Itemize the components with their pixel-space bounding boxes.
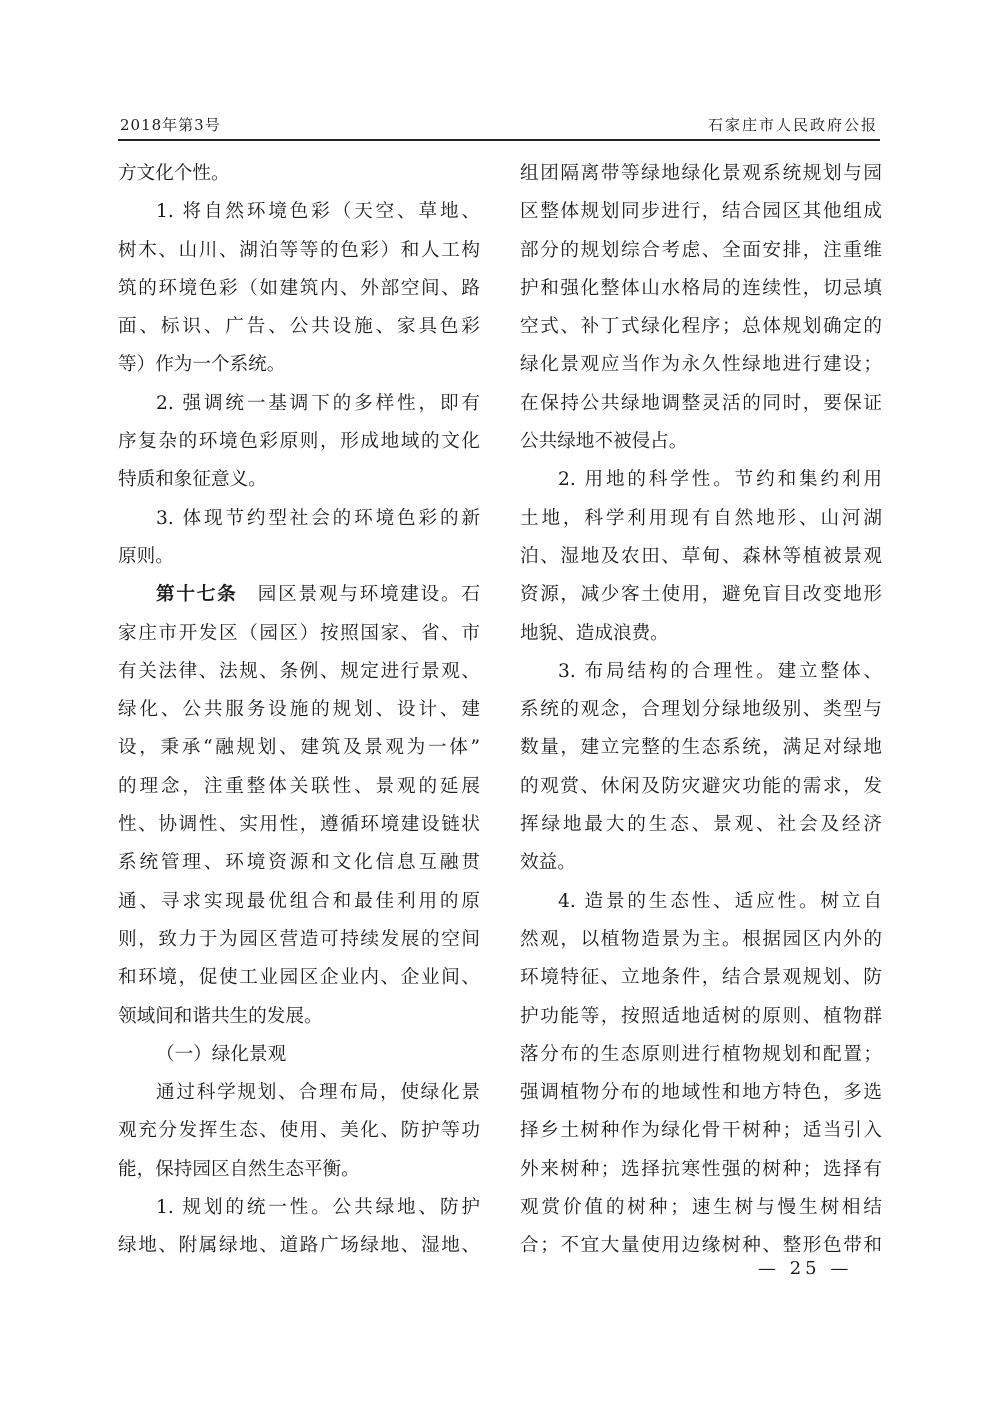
text-line: 护功能等，按照适地适树的原则、植物群 [520,998,882,1036]
text-line: 强调植物分布的地域性和地方特色，多选 [520,1074,882,1112]
line-text: 泊、湿地及农田、草甸、森林等植被景观 [520,546,882,567]
line-text: 的理念，注重整体关联性、景观的延展 [118,776,480,797]
text-line: 在保持公共绿地调整灵活的同时，要保证 [520,385,882,423]
text-line: 家庄市开发区（园区）按照国家、省、市 [118,615,480,653]
text-line: 设，秉承“融规划、建筑及景观为一体” [118,729,480,767]
text-line: 外来树种；选择抗寒性强的树种；选择有 [520,1151,882,1189]
text-line: 3. 布局结构的合理性。建立整体、 [520,653,882,691]
line-text: 空式、补丁式绿化程序；总体规划确定的 [520,316,882,337]
issue-label: 2018年第3号 [120,114,221,135]
header-rule [118,139,880,141]
line-text: 和环境，促使工业园区企业内、企业间、 [118,967,480,988]
line-text: 等）作为一个系统。 [118,354,285,375]
text-line: 筑的环境色彩（如建筑内、外部空间、路 [118,270,480,308]
line-text: 树木、山川、湖泊等等的色彩）和人工构 [118,240,480,261]
text-line: 等）作为一个系统。 [118,346,480,384]
text-line: （一）绿化景观 [118,1036,480,1074]
line-text: 绿地、附属绿地、道路广场绿地、湿地、 [118,1235,480,1256]
line-text: 性、协调性、实用性，遵循环境建设链状 [118,814,480,835]
text-line: 绿化、公共服务设施的规划、设计、建 [118,691,480,729]
line-text: 1. 规划的统一性。公共绿地、防护 [156,1197,480,1218]
line-text: 外来树种；选择抗寒性强的树种；选择有 [520,1159,882,1180]
text-line: 空式、补丁式绿化程序；总体规划确定的 [520,308,882,346]
text-line: 3. 体现节约型社会的环境色彩的新 [118,500,480,538]
line-text: 系统管理、环境资源和文化信息互融贯 [118,852,480,873]
line-text: 特质和象征意义。 [118,469,267,490]
line-text: 序复杂的环境色彩原则，形成地域的文化 [118,431,480,452]
text-line: 通、寻求实现最优组合和最佳利用的原 [118,883,480,921]
line-text: 强调植物分布的地域性和地方特色，多选 [520,1082,882,1103]
text-line: 组团隔离带等绿地绿化景观系统规划与园 [520,155,882,193]
text-line: 1. 将自然环境色彩（天空、草地、 [118,193,480,231]
right-column: 组团隔离带等绿地绿化景观系统规划与园区整体规划同步进行，结合园区其他组成部分的规… [520,155,882,1266]
text-line: 和环境，促使工业园区企业内、企业间、 [118,959,480,997]
line-text: 能，保持园区自然生态平衡。 [118,1159,360,1180]
text-line: 地貌、造成浪费。 [520,615,882,653]
text-line: 通过科学规划、合理布局，使绿化景 [118,1074,480,1112]
text-line: 数量，建立完整的生态系统，满足对绿地 [520,729,882,767]
line-text: 部分的规划综合考虑、全面安排，注重维 [520,240,882,261]
text-line: 性、协调性、实用性，遵循环境建设链状 [118,806,480,844]
text-line: 土地，科学利用现有自然地形、山河湖 [520,500,882,538]
text-line: 资源，减少客土使用，避免盲目改变地形 [520,576,882,614]
text-line: 1. 规划的统一性。公共绿地、防护 [118,1189,480,1227]
line-text: 公共绿地不被侵占。 [520,431,687,452]
line-text: 通、寻求实现最优组合和最佳利用的原 [118,891,480,912]
text-line: 观充分发挥生态、使用、美化、防护等功 [118,1112,480,1150]
text-line: 择乡土树种作为绿化骨干树种；适当引入 [520,1112,882,1150]
article-number: 第十七条 [156,584,258,605]
text-line: 挥绿地最大的生态、景观、社会及经济 [520,806,882,844]
line-text: 地貌、造成浪费。 [520,623,669,644]
text-line: 方文化个性。 [118,155,480,193]
text-line: 系统的观念，合理划分绿地级别、类型与 [520,691,882,729]
text-line: 系统管理、环境资源和文化信息互融贯 [118,844,480,882]
line-text: 3. 体现节约型社会的环境色彩的新 [156,508,480,529]
line-text: 绿化景观应当作为永久性绿地进行建设； [520,354,882,375]
line-text: 原则。 [118,546,174,567]
line-text: 方文化个性。 [118,163,230,184]
line-text: 有关法律、法规、条例、规定进行景观、 [118,661,480,682]
line-text: 则，致力于为园区营造可持续发展的空间 [118,929,480,950]
text-line: 特质和象征意义。 [118,461,480,499]
line-text: 园区景观与环境建设。石 [258,584,480,605]
running-header: 2018年第3号 石家庄市人民政府公报 [118,114,880,138]
line-text: 2. 用地的科学性。节约和集约利用 [558,469,882,490]
text-line: 序复杂的环境色彩原则，形成地域的文化 [118,423,480,461]
text-line: 的观赏、休闲及防灾避灾功能的需求，发 [520,768,882,806]
line-text: 的观赏、休闲及防灾避灾功能的需求，发 [520,776,882,797]
text-line: 2. 用地的科学性。节约和集约利用 [520,461,882,499]
text-line: 领域间和谐共生的发展。 [118,998,480,1036]
line-text: （一）绿化景观 [156,1044,286,1065]
text-line: 有关法律、法规、条例、规定进行景观、 [118,653,480,691]
text-line: 能，保持园区自然生态平衡。 [118,1151,480,1189]
text-line: 落分布的生态原则进行植物规划和配置； [520,1036,882,1074]
text-line: 绿地、附属绿地、道路广场绿地、湿地、 [118,1227,480,1265]
line-text: 区整体规划同步进行，结合园区其他组成 [520,201,882,222]
line-text: 4. 造景的生态性、适应性。树立自 [558,891,882,912]
line-text: 筑的环境色彩（如建筑内、外部空间、路 [118,278,480,299]
text-line: 原则。 [118,538,480,576]
line-text: 3. 布局结构的合理性。建立整体、 [558,661,882,682]
line-text: 观充分发挥生态、使用、美化、防护等功 [118,1120,480,1141]
text-line: 树木、山川、湖泊等等的色彩）和人工构 [118,232,480,270]
text-line: 绿化景观应当作为永久性绿地进行建设； [520,346,882,384]
line-text: 护和强化整体山水格局的连续性，切忌填 [520,278,882,299]
line-text: 环境特征、立地条件，结合景观规划、防 [520,967,882,988]
text-line: 第十七条 园区景观与环境建设。石 [118,576,480,614]
page-number: — 25 — [758,1258,852,1279]
line-text: 土地，科学利用现有自然地形、山河湖 [520,508,882,529]
line-text: 领域间和谐共生的发展。 [118,1006,323,1027]
left-column: 方文化个性。1. 将自然环境色彩（天空、草地、树木、山川、湖泊等等的色彩）和人工… [118,155,480,1266]
text-line: 4. 造景的生态性、适应性。树立自 [520,883,882,921]
text-line: 泊、湿地及农田、草甸、森林等植被景观 [520,538,882,576]
line-text: 组团隔离带等绿地绿化景观系统规划与园 [520,163,882,184]
text-line: 观赏价值的树种；速生树与慢生树相结 [520,1189,882,1227]
text-line: 2. 强调统一基调下的多样性，即有 [118,385,480,423]
text-line: 面、标识、广告、公共设施、家具色彩 [118,308,480,346]
text-line: 公共绿地不被侵占。 [520,423,882,461]
line-text: 效益。 [520,852,576,873]
text-line: 护和强化整体山水格局的连续性，切忌填 [520,270,882,308]
text-line: 环境特征、立地条件，结合景观规划、防 [520,959,882,997]
line-text: 2. 强调统一基调下的多样性，即有 [156,393,480,414]
line-text: 家庄市开发区（园区）按照国家、省、市 [118,623,480,644]
text-line: 区整体规划同步进行，结合园区其他组成 [520,193,882,231]
line-text: 绿化、公共服务设施的规划、设计、建 [118,699,480,720]
line-text: 然观，以植物造景为主。根据园区内外的 [520,929,882,950]
line-text: 通过科学规划、合理布局，使绿化景 [156,1082,480,1103]
line-text: 在保持公共绿地调整灵活的同时，要保证 [520,393,882,414]
line-text: 系统的观念，合理划分绿地级别、类型与 [520,699,882,720]
line-text: 设，秉承“融规划、建筑及景观为一体” [118,737,480,758]
text-line: 然观，以植物造景为主。根据园区内外的 [520,921,882,959]
text-line: 则，致力于为园区营造可持续发展的空间 [118,921,480,959]
text-line: 部分的规划综合考虑、全面安排，注重维 [520,232,882,270]
line-text: 面、标识、广告、公共设施、家具色彩 [118,316,480,337]
line-text: 择乡土树种作为绿化骨干树种；适当引入 [520,1120,882,1141]
line-text: 护功能等，按照适地适树的原则、植物群 [520,1006,882,1027]
line-text: 挥绿地最大的生态、景观、社会及经济 [520,814,882,835]
line-text: 1. 将自然环境色彩（天空、草地、 [156,201,480,222]
line-text: 落分布的生态原则进行植物规划和配置； [520,1044,882,1065]
line-text: 观赏价值的树种；速生树与慢生树相结 [520,1197,882,1218]
line-text: 资源，减少客土使用，避免盲目改变地形 [520,584,882,605]
text-line: 效益。 [520,844,882,882]
line-text: 数量，建立完整的生态系统，满足对绿地 [520,737,882,758]
publication-title: 石家庄市人民政府公报 [708,114,878,135]
text-line: 的理念，注重整体关联性、景观的延展 [118,768,480,806]
line-text: 合；不宜大量使用边缘树种、整形色带和 [520,1235,882,1256]
